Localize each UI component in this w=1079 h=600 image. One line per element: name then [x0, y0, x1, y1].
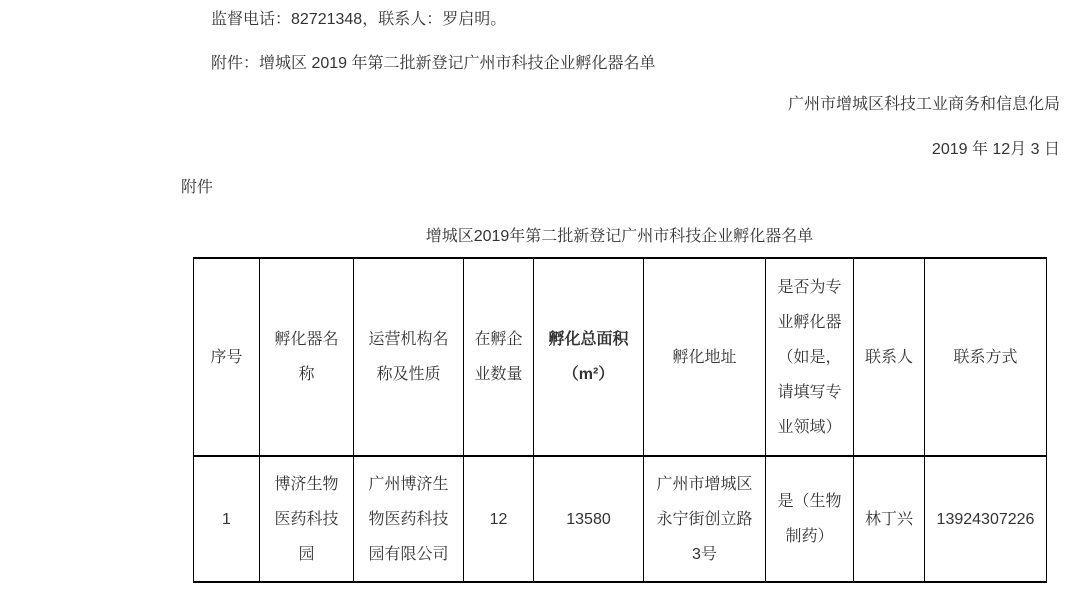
header-contact-person: 联系人: [854, 258, 925, 456]
header-total-area: 孵化总面积 （m²）: [534, 258, 644, 456]
header-enterprise-count: 在孵企 业数量: [464, 258, 534, 456]
header-operator-name-nature: 运营机构名 称及性质: [354, 258, 464, 456]
table-title: 增城区2019年第二批新登记广州市科技企业孵化器名单: [193, 223, 1046, 246]
attachment-label: 附件: [181, 178, 213, 198]
header-specialized-incubator: 是否为专 业孵化器 （如是， 请填写专 业领域）: [766, 258, 854, 456]
attachment-ref-line: 附件：增城区 2019 年第二批新登记广州市科技企业孵化器名单: [211, 54, 656, 74]
cell-enterprise-count: 12: [464, 456, 534, 582]
cell-specialized-incubator: 是（生物 制药）: [766, 456, 854, 582]
cell-contact-person: 林丁兴: [854, 456, 925, 582]
supervision-phone-line: 监督电话：82721348，联系人：罗启明。: [211, 10, 506, 30]
cell-total-area: 13580: [534, 456, 644, 582]
header-contact-method: 联系方式: [925, 258, 1047, 456]
document-page: 监督电话：82721348，联系人：罗启明。 附件：增城区 2019 年第二批新…: [0, 0, 1079, 600]
table-header-row: 序号 孵化器名 称 运营机构名 称及性质 在孵企 业数量 孵化总面积 （m²） …: [194, 258, 1047, 456]
cell-contact-method: 13924307226: [925, 456, 1047, 582]
header-incubation-address: 孵化地址: [644, 258, 766, 456]
cell-incubation-address: 广州市增城区 永宁街创立路 3号: [644, 456, 766, 582]
issuing-agency-line: 广州市增城区科技工业商务和信息化局: [788, 95, 1060, 115]
header-incubator-name: 孵化器名 称: [260, 258, 354, 456]
incubator-table: 序号 孵化器名 称 运营机构名 称及性质 在孵企 业数量 孵化总面积 （m²） …: [193, 257, 1047, 583]
cell-serial-number: 1: [194, 456, 260, 582]
issue-date-line: 2019 年 12月 3 日: [932, 140, 1060, 160]
header-serial-number: 序号: [194, 258, 260, 456]
table-row: 1 博济生物 医药科技 园 广州博济生 物医药科技 园有限公司 12 13580…: [194, 456, 1047, 582]
cell-incubator-name: 博济生物 医药科技 园: [260, 456, 354, 582]
cell-operator-name-nature: 广州博济生 物医药科技 园有限公司: [354, 456, 464, 582]
